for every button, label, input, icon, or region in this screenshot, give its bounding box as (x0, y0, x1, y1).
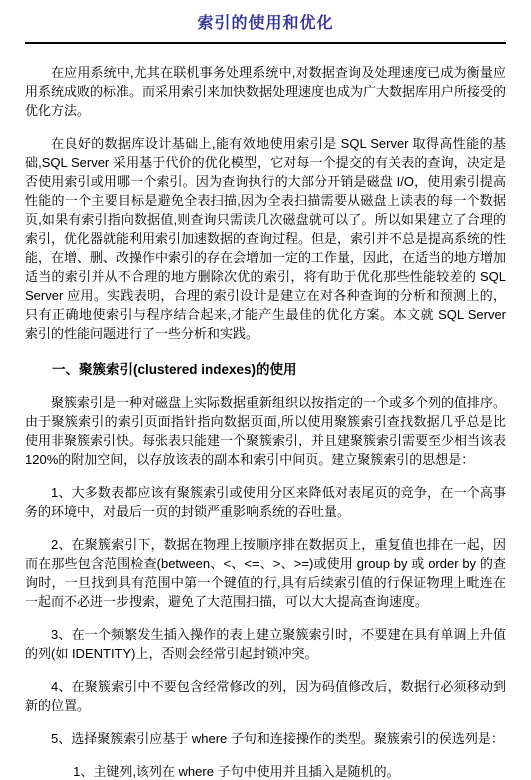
list-item-2: 2、在聚簇索引下，数据在物理上按顺序排在数据页上，重复值也排在一起，因而在那些包… (25, 535, 506, 611)
list-item-1: 1、大多数表都应该有聚簇索引或使用分区来降低对表尾页的竞争，在一个高事务的环境中… (25, 483, 506, 521)
list-item-4: 4、在聚簇索引中不要包含经常修改的列，因为码值修改后，数据行必须移动到新的位置。 (25, 677, 506, 715)
section-body-paragraph: 聚簇索引是一种对磁盘上实际数据重新组织以按指定的一个或多个列的值排序。由于聚簇索… (25, 393, 506, 469)
intro-paragraph-1: 在应用系统中,尤其在联机事务处理系统中,对数据查询及处理速度已成为衡量应用系统成… (25, 63, 506, 120)
section-heading-clustered-indexes: 一、聚簇索引(clustered indexes)的使用 (25, 360, 506, 379)
list-item-5: 5、选择聚簇索引应基于 where 子句和连接操作的类型。聚簇索引的侯选列是： (25, 729, 506, 748)
title-divider (25, 42, 506, 44)
document-body: 在应用系统中,尤其在联机事务处理系统中,对数据查询及处理速度已成为衡量应用系统成… (25, 63, 506, 780)
page-title: 索引的使用和优化 (25, 10, 506, 33)
intro-paragraph-2: 在良好的数据库设计基础上,能有效地使用索引是 SQL Server 取得高性能的… (25, 134, 506, 343)
document-page: 索引的使用和优化 在应用系统中,尤其在联机事务处理系统中,对数据查询及处理速度已… (0, 0, 531, 780)
sub-list-item-1: 1、主键列,该列在 where 子句中使用并且插入是随机的。 (47, 762, 506, 780)
list-item-3: 3、在一个频繁发生插入操作的表上建立聚簇索引时，不要建在具有单调上升值的列(如 … (25, 625, 506, 663)
